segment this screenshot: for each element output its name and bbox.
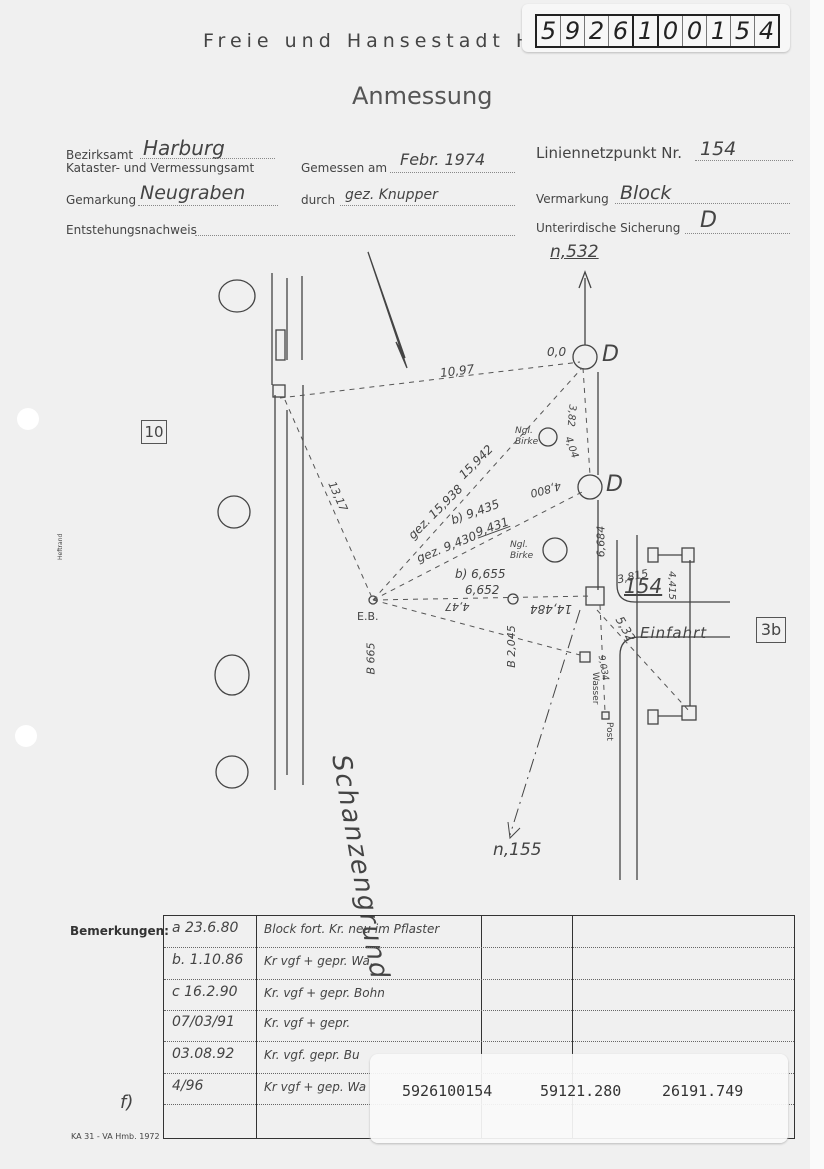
coord-x: 59121.280 <box>540 1082 621 1100</box>
entrance-label: Einfahrt <box>640 624 707 642</box>
remark-date: 07/03/91 <box>172 1014 235 1030</box>
remark-date: b. 1.10.86 <box>172 952 243 968</box>
measure-label: 4,47 <box>445 600 470 613</box>
water-label: Wasser <box>590 672 600 704</box>
eb-label: E.B. <box>357 610 379 623</box>
measure-label: B 665 <box>365 642 378 674</box>
tree-label: Ngl. Birke <box>510 540 544 562</box>
remark-text: Kr. vgf. gepr. Bu <box>264 1048 360 1062</box>
measure-label: B 2,045 <box>505 625 518 668</box>
coordinate-label-card: 5926100154 59121.280 26191.749 <box>370 1054 788 1143</box>
south-point-label: n,155 <box>493 840 542 860</box>
survey-sketch <box>0 0 810 910</box>
scan-edge <box>810 0 824 1169</box>
post-label: Post <box>604 722 614 741</box>
remark-date: 03.08.92 <box>172 1046 234 1062</box>
remark-date: 4/96 <box>172 1078 203 1094</box>
measure-label: 6,652 <box>465 583 499 597</box>
remark-date: a 23.6.80 <box>172 920 238 936</box>
point-number-label: 154 <box>624 574 662 598</box>
survey-sheet: Heftrand Freie und Hansestadt H 59261001… <box>0 0 810 1169</box>
remark-text: Kr vgf + gep. Wa <box>264 1080 366 1094</box>
measure-label: 3,82 <box>565 404 578 427</box>
remark-text: Kr. vgf + gepr. Bohn <box>264 986 385 1000</box>
measure-label: 6,684 <box>594 526 607 558</box>
block-number-left: 10 <box>141 420 167 444</box>
sicherung-mark-1: D <box>602 342 619 367</box>
remarks-label: Bemerkungen: <box>70 924 169 938</box>
coord-point-id: 5926100154 <box>402 1082 492 1100</box>
measure-label: 14,484 <box>530 602 572 616</box>
form-code: KA 31 - VA Hmb. 1972 <box>71 1132 160 1141</box>
tree-label: Ngl. Birke <box>515 426 549 448</box>
sicherung-mark-2: D <box>606 472 623 497</box>
coord-y: 26191.749 <box>662 1082 743 1100</box>
remark-date: c 16.2.90 <box>172 984 238 1000</box>
measure-label: 4,415 <box>666 571 677 600</box>
remark-text: Kr vgf + gepr. Wa. <box>264 954 374 968</box>
north-point-label: n,532 <box>550 242 599 262</box>
remark-text: Kr. vgf + gepr. <box>264 1016 350 1030</box>
remark-marker: f) <box>120 1092 133 1113</box>
block-number-right: 3b <box>756 617 786 643</box>
remark-text: Block fort. Kr. neu im Pflaster <box>264 922 439 936</box>
measure-label: b) 6,655 <box>455 567 505 581</box>
origin-label: 0,0 <box>547 345 566 359</box>
